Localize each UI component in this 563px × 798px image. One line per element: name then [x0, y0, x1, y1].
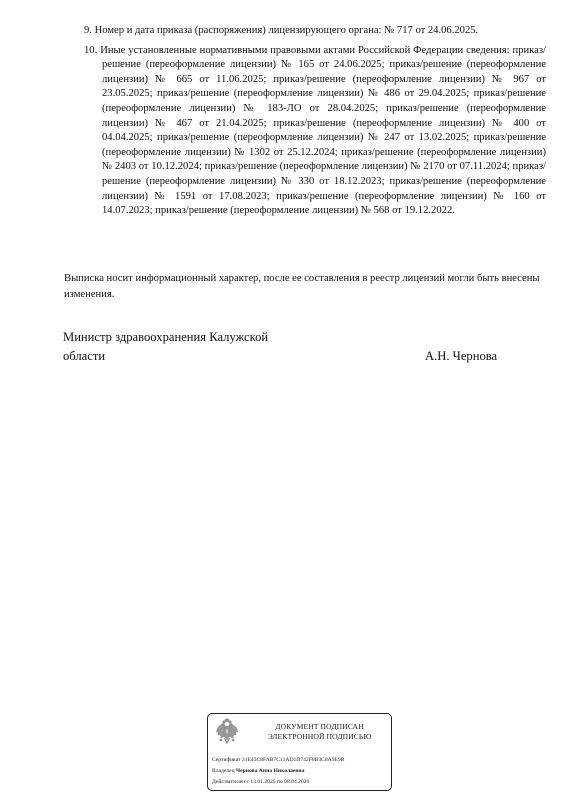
stamp-title-line2: ЭЛЕКТРОННОЙ ПОДПИСЬЮ — [252, 732, 387, 742]
informational-note: Выписка носит информационный характер, п… — [64, 271, 542, 302]
validity-line: Действителен с 13.01.2025 по 08.04.2026 — [212, 777, 344, 788]
stamp-details: Сертификат 31E43C8FAB7C11AD1D742F8B3C8A9… — [212, 755, 344, 789]
certificate-label: Сертификат — [212, 757, 240, 763]
signatory-position-line2: области — [63, 347, 268, 366]
list-item-number: 10. — [84, 45, 97, 56]
russian-coat-of-arms-icon — [216, 718, 238, 746]
stamp-title-line1: ДОКУМЕНТ ПОДПИСАН — [252, 722, 387, 732]
list-item-number: 9. — [84, 25, 92, 36]
signatory-name: А.Н. Чернова — [425, 347, 497, 366]
document-page: 9. Номер и дата приказа (распоряжения) л… — [0, 0, 563, 798]
signatory-position-line1: Министр здравоохранения Калужской — [63, 328, 268, 347]
owner-label: Владелец — [212, 768, 235, 774]
list-item-9: 9. Номер и дата приказа (распоряжения) л… — [84, 24, 544, 39]
list-item-text: Номер и дата приказа (распоряжения) лице… — [95, 25, 479, 36]
signatory-position: Министр здравоохранения Калужской област… — [63, 328, 268, 366]
electronic-signature-stamp: ДОКУМЕНТ ПОДПИСАН ЭЛЕКТРОННОЙ ПОДПИСЬЮ С… — [207, 713, 392, 791]
owner-value: Чернова Анна Николаевна — [236, 768, 304, 774]
numbered-list: 9. Номер и дата приказа (распоряжения) л… — [84, 24, 544, 219]
certificate-value: 31E43C8FAB7C11AD1D742F8B3C8A9E9B — [242, 757, 345, 763]
list-item-10: 10. Иные установленные нормативными прав… — [84, 44, 546, 219]
list-item-text: Иные установленные нормативными правовым… — [100, 45, 546, 217]
certificate-line: Сертификат 31E43C8FAB7C11AD1D742F8B3C8A9… — [212, 755, 344, 766]
owner-line: Владелец Чернова Анна Николаевна — [212, 766, 344, 777]
stamp-title: ДОКУМЕНТ ПОДПИСАН ЭЛЕКТРОННОЙ ПОДПИСЬЮ — [252, 722, 387, 742]
